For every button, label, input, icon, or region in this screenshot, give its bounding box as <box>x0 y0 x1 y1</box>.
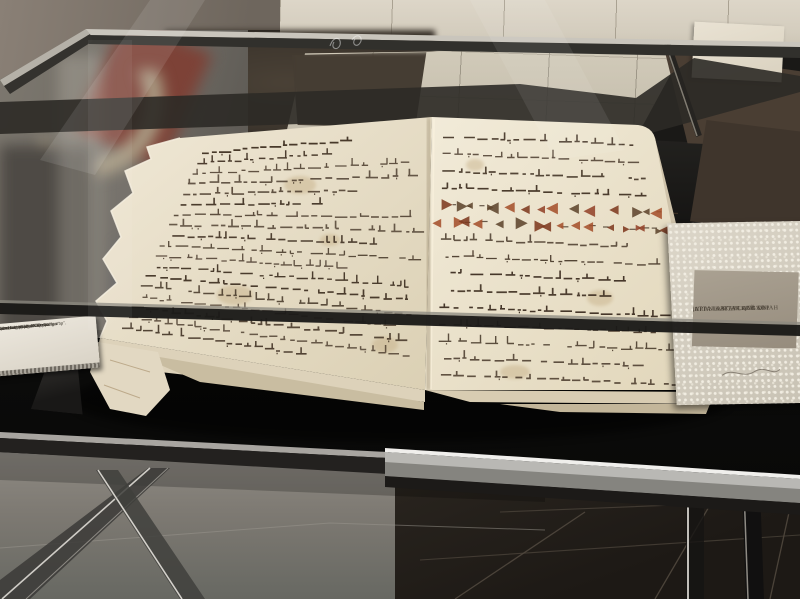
museum-scene: Qur'oni karimning "Katta Langar" nusxasi… <box>0 0 800 599</box>
glass-scratch <box>330 36 361 49</box>
glass-reflections <box>0 0 800 599</box>
